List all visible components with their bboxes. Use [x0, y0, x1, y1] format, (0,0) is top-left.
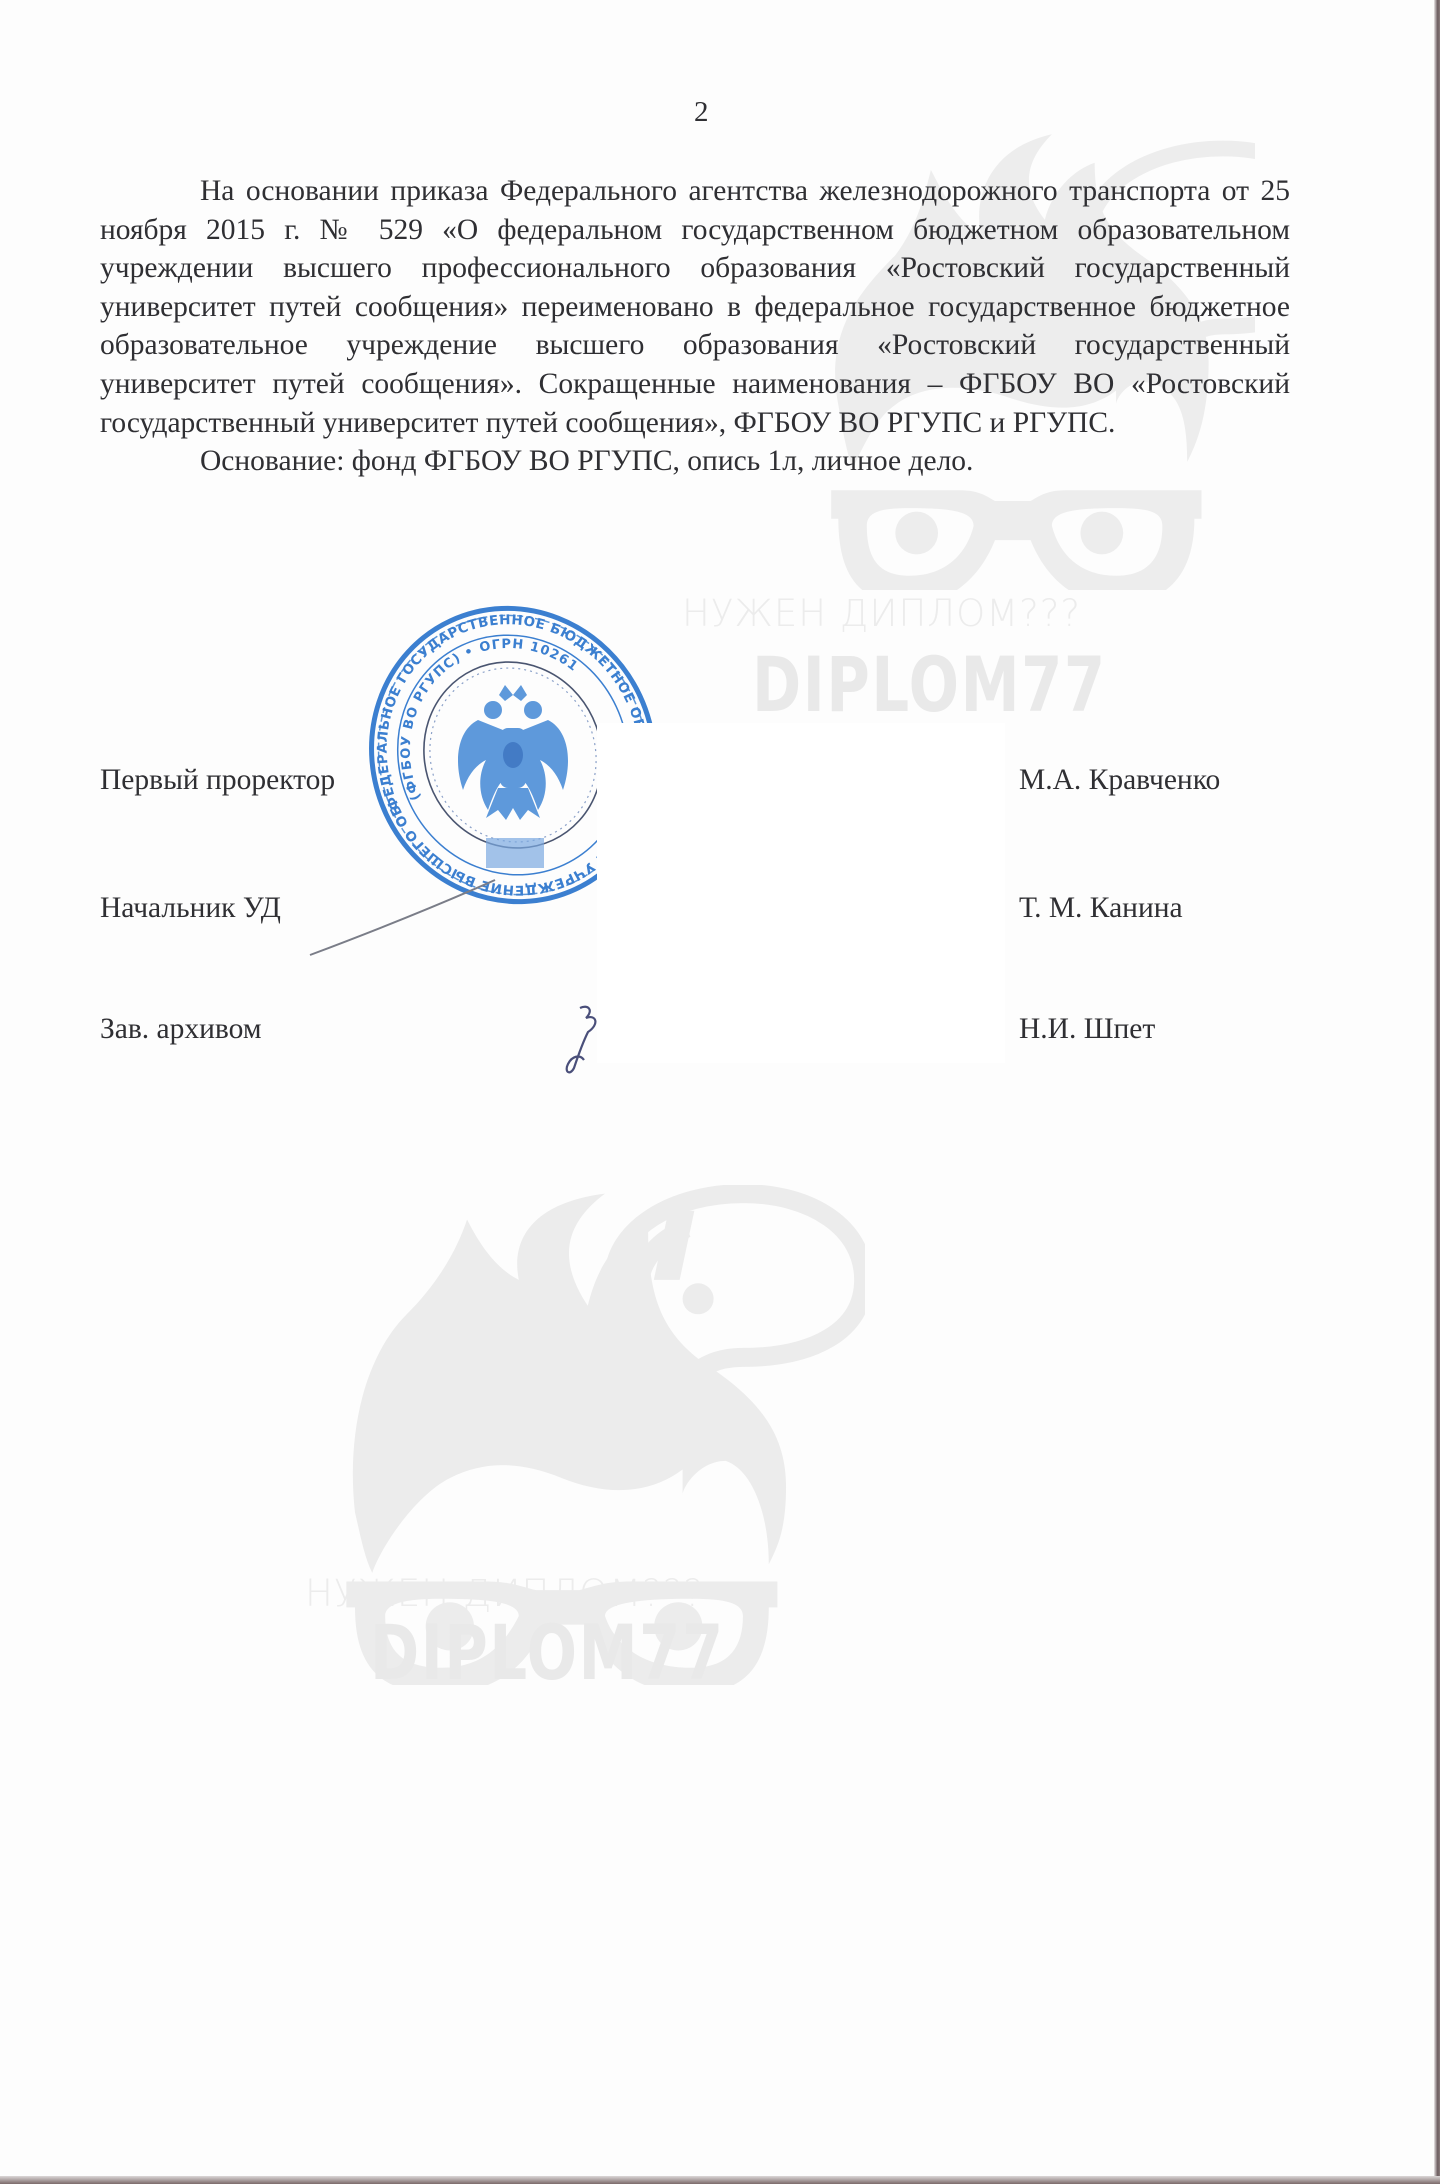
paragraph-main: На основании приказа Федерального агентс… [100, 172, 1290, 442]
signature-line [300, 870, 500, 960]
document-body: На основании приказа Федерального агентс… [100, 172, 1290, 481]
signatory-title-head-ud: Начальник УД [100, 892, 281, 925]
redacted-signature-area [597, 723, 1005, 1063]
signatory-name-head-ud: Т. М. Канина [1019, 892, 1183, 925]
scan-edge-right [1434, 0, 1440, 2184]
signatory-name-first-vice-rector: М.А. Кравченко [1019, 764, 1220, 797]
watermark-brand-top: DIPLOM77 [752, 640, 1107, 729]
watermark-slogan-top: НУЖЕН ДИПЛОМ??? [682, 592, 1081, 635]
page-number: 2 [694, 96, 709, 129]
double-headed-eagle-icon [458, 685, 568, 820]
signatory-name-archive-head: Н.И. Шпет [1019, 1013, 1155, 1046]
signatory-title-archive-head: Зав. архивом [100, 1013, 262, 1046]
scan-edge-bottom [0, 2176, 1440, 2184]
paragraph-basis: Основание: фонд ФГБОУ ВО РГУПС, опись 1л… [100, 442, 1290, 481]
signatory-title-first-vice-rector: Первый проректор [100, 764, 335, 797]
watermark-brand-bottom: DIPLOM77 [370, 1608, 725, 1697]
